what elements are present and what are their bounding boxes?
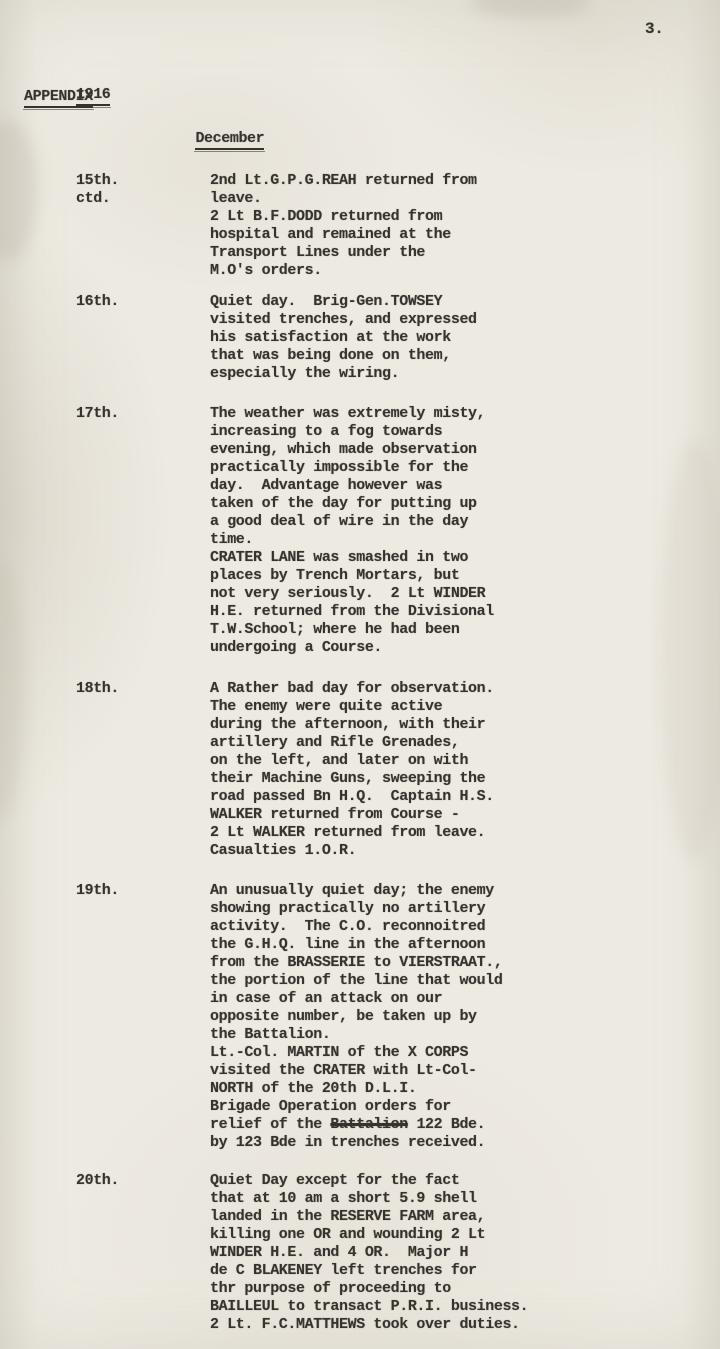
entry-text-line: thr purpose of proceeding to <box>210 1280 720 1298</box>
entry-text-line: artillery and Rifle Grenades, <box>210 734 720 752</box>
diary-entries: 15th.ctd.2nd Lt.G.P.G.REAH returned from… <box>0 172 720 1334</box>
entry-text-line: practically impossible for the <box>210 459 720 477</box>
entry-text: Quiet day. Brig-Gen.TOWSEYvisited trench… <box>210 293 720 383</box>
page-number: 3. <box>645 20 663 38</box>
paper-stain <box>470 0 590 18</box>
entry-date-line: 18th. <box>76 680 119 698</box>
diary-entry: 20th.Quiet Day except for the factthat a… <box>0 1172 720 1334</box>
diary-entry: 19th.An unusually quiet day; the enemysh… <box>0 882 720 1152</box>
document-page: 3. 1916 APPENDIX December 15th.ctd.2nd L… <box>0 0 720 1349</box>
entry-text-line: undergoing a Course. <box>210 639 720 657</box>
entry-date-line: 17th. <box>76 405 119 423</box>
entry-text-line: the G.H.Q. line in the afternoon <box>210 936 720 954</box>
entry-text-line: Transport Lines under the <box>210 244 720 262</box>
entry-text-line: M.O's orders. <box>210 262 720 280</box>
struck-text: Battalion <box>330 1116 407 1133</box>
diary-entry: 17th.The weather was extremely misty,inc… <box>0 405 720 657</box>
diary-entry: 16th.Quiet day. Brig-Gen.TOWSEYvisited t… <box>0 293 720 383</box>
entry-text-line: not very seriously. 2 Lt WINDER <box>210 585 720 603</box>
entry-text-line: leave. <box>210 190 720 208</box>
entry-text-line: de C BLAKENEY left trenches for <box>210 1262 720 1280</box>
entry-text-line: A Rather bad day for observation. <box>210 680 720 698</box>
entry-text-line: by 123 Bde in trenches received. <box>210 1134 720 1152</box>
entry-date: 15th.ctd. <box>76 172 119 208</box>
entry-date: 19th. <box>76 882 119 900</box>
entry-text-line: 2nd Lt.G.P.G.REAH returned from <box>210 172 720 190</box>
entry-text-line: in case of an attack on our <box>210 990 720 1008</box>
text-fragment: relief of the <box>210 1116 330 1133</box>
entry-text-line: The weather was extremely misty, <box>210 405 720 423</box>
text-fragment: 122 Bde. <box>408 1116 485 1133</box>
entry-text-line: BAILLEUL to transact P.R.I. business. <box>210 1298 720 1316</box>
entry-text-line: a good deal of wire in the day <box>210 513 720 531</box>
entry-text-line: T.W.School; where he had been <box>210 621 720 639</box>
entry-text-line: WINDER H.E. and 4 OR. Major H <box>210 1244 720 1262</box>
entry-text-line: H.E. returned from the Divisional <box>210 603 720 621</box>
entry-text-line: that was being done on them, <box>210 347 720 365</box>
entry-text-line: visited trenches, and expressed <box>210 311 720 329</box>
entry-text-line: the portion of the line that would <box>210 972 720 990</box>
entry-text-line: CRATER LANE was smashed in two <box>210 549 720 567</box>
appendix-heading: APPENDIX <box>24 88 93 108</box>
entry-text-line: landed in the RESERVE FARM area, <box>210 1208 720 1226</box>
entry-date-line: 15th. <box>76 172 119 190</box>
entry-text-line: especially the wiring. <box>210 365 720 383</box>
entry-text-line: The enemy were quite active <box>210 698 720 716</box>
entry-text: Quiet Day except for the factthat at 10 … <box>210 1172 720 1334</box>
entry-date: 17th. <box>76 405 119 423</box>
entry-text-line: visited the CRATER with Lt-Col- <box>210 1062 720 1080</box>
entry-text-line: Quiet day. Brig-Gen.TOWSEY <box>210 293 720 311</box>
entry-text-line: An unusually quiet day; the enemy <box>210 882 720 900</box>
entry-date: 20th. <box>76 1172 119 1190</box>
entry-text-line: that at 10 am a short 5.9 shell <box>210 1190 720 1208</box>
entry-text-line: evening, which made observation <box>210 441 720 459</box>
entry-text-line: Casualties 1.O.R. <box>210 842 720 860</box>
entry-text-line: during the afternoon, with their <box>210 716 720 734</box>
entry-text-line: Brigade Operation orders for <box>210 1098 720 1116</box>
entry-text-line: NORTH of the 20th D.L.I. <box>210 1080 720 1098</box>
entry-text-line: 2 Lt B.F.DODD returned from <box>210 208 720 226</box>
entry-text-line: 2 Lt. F.C.MATTHEWS took over duties. <box>210 1316 720 1334</box>
entry-text-line: places by Trench Mortars, but <box>210 567 720 585</box>
diary-entry: 15th.ctd.2nd Lt.G.P.G.REAH returned from… <box>0 172 720 280</box>
entry-date: 18th. <box>76 680 119 698</box>
entry-text-line: showing practically no artillery <box>210 900 720 918</box>
entry-text-line: hospital and remained at the <box>210 226 720 244</box>
month-heading: December <box>195 130 264 150</box>
entry-text-line: road passed Bn H.Q. Captain H.S. <box>210 788 720 806</box>
entry-date-line: 20th. <box>76 1172 119 1190</box>
entry-date: 16th. <box>76 293 119 311</box>
entry-text-line: killing one OR and wounding 2 Lt <box>210 1226 720 1244</box>
entry-text-line: relief of the Battalion 122 Bde. <box>210 1116 720 1134</box>
entry-date-line: ctd. <box>76 190 119 208</box>
entry-text-line: WALKER returned from Course - <box>210 806 720 824</box>
entry-text-line: day. Advantage however was <box>210 477 720 495</box>
entry-text-line: increasing to a fog towards <box>210 423 720 441</box>
entry-text-line: opposite number, be taken up by <box>210 1008 720 1026</box>
entry-text-line: from the BRASSERIE to VIERSTRAAT., <box>210 954 720 972</box>
entry-date-line: 19th. <box>76 882 119 900</box>
entry-date-line: 16th. <box>76 293 119 311</box>
diary-entry: 18th.A Rather bad day for observation.Th… <box>0 680 720 860</box>
entry-text-line: activity. The C.O. reconnoitred <box>210 918 720 936</box>
entry-text-line: the Battalion. <box>210 1026 720 1044</box>
entry-text-line: taken of the day for putting up <box>210 495 720 513</box>
entry-text: The weather was extremely misty,increasi… <box>210 405 720 657</box>
entry-text-line: their Machine Guns, sweeping the <box>210 770 720 788</box>
entry-text-line: time. <box>210 531 720 549</box>
entry-text-line: 2 Lt WALKER returned from leave. <box>210 824 720 842</box>
entry-text: 2nd Lt.G.P.G.REAH returned fromleave.2 L… <box>210 172 720 280</box>
entry-text-line: Lt.-Col. MARTIN of the X CORPS <box>210 1044 720 1062</box>
entry-text-line: on the left, and later on with <box>210 752 720 770</box>
entry-text-line: Quiet Day except for the fact <box>210 1172 720 1190</box>
entry-text-line: his satisfaction at the work <box>210 329 720 347</box>
entry-text: An unusually quiet day; the enemyshowing… <box>210 882 720 1152</box>
entry-text: A Rather bad day for observation.The ene… <box>210 680 720 860</box>
